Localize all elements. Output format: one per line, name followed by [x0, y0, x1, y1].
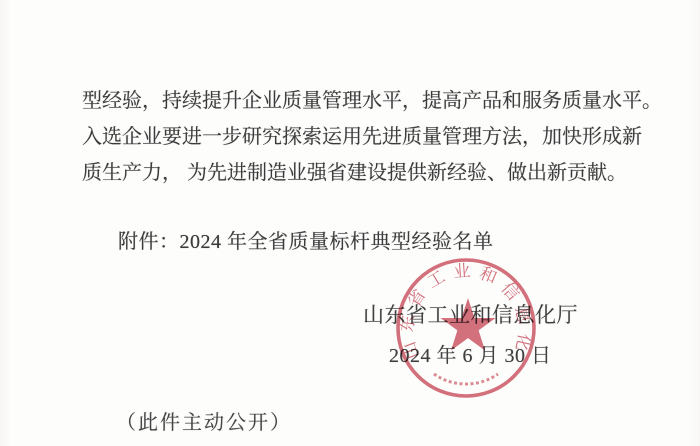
body-line-1: 型经验，持续提升企业质量管理水平，提高产品和服务质量水平。 — [82, 83, 656, 119]
official-seal: 山东省工业和信息化厅 — [393, 255, 539, 401]
body-line-3: 质生产力， 为先进制造业强省建设提供新经验、做出新贡献。 — [82, 155, 656, 191]
document-page: 型经验，持续提升企业质量管理水平，提高产品和服务质量水平。 入选企业要进一步研究… — [0, 0, 700, 446]
seal-star-icon — [440, 298, 495, 351]
body-paragraph: 型经验，持续提升企业质量管理水平，提高产品和服务质量水平。 入选企业要进一步研究… — [82, 83, 656, 191]
body-line-2: 入选企业要进一步研究探索运用先进质量管理方法，加快形成新 — [82, 119, 656, 155]
seal-arc-text: 山东省工业和信息化厅 — [393, 255, 534, 362]
seal-bottom-marks — [434, 374, 498, 384]
disclosure-note: （此件主动公开） — [116, 411, 292, 435]
attachment-reference: 附件：2024 年全省质量标杆典型经验名单 — [118, 230, 494, 254]
